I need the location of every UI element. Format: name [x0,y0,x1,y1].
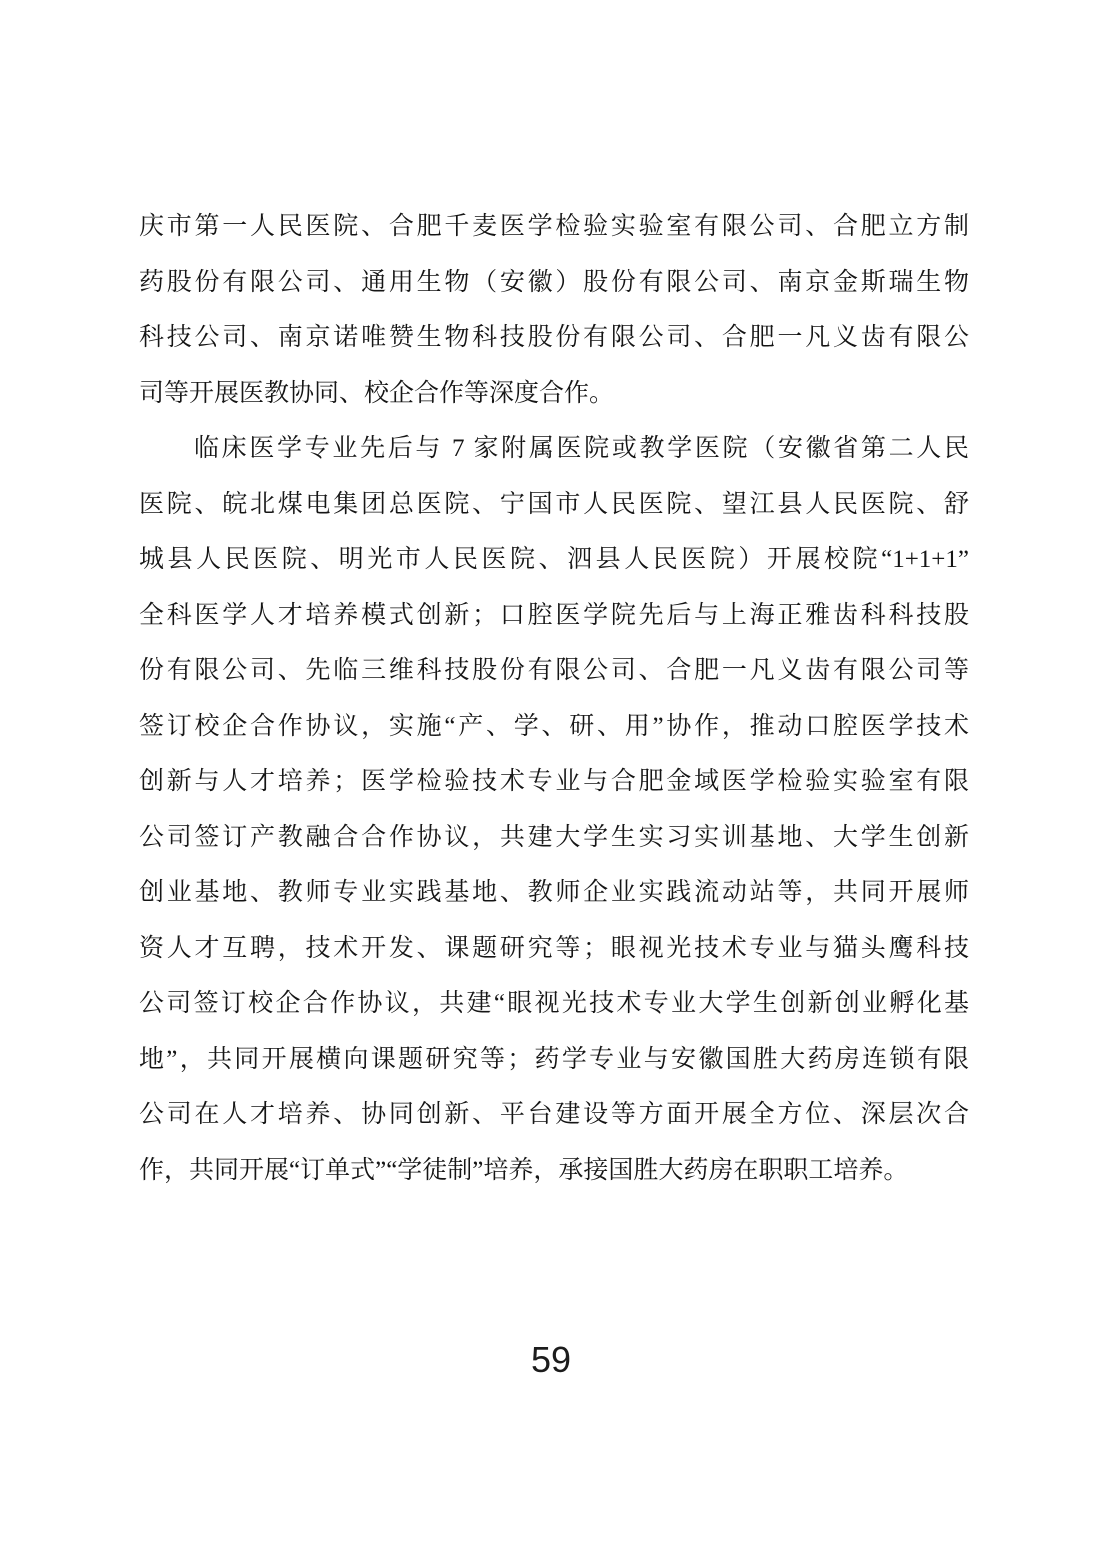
text-line: 创新与人才培养；医学检验技术专业与合肥金域医学检验实验室有限 [139,754,969,810]
text-line: 科技公司、南京诺唯赞生物科技股份有限公司、合肥一凡义齿有限公 [139,310,969,366]
text-line: 公司签订校企合作协议，共建“眼视光技术专业大学生创新创业孵化基 [139,976,969,1032]
paragraph: 庆市第一人民医院、合肥千麦医学检验实验室有限公司、合肥立方制药股份有限公司、通用… [139,199,969,421]
text-line: 城县人民医院、明光市人民医院、泗县人民医院）开展校院“1+1+1” [139,532,969,588]
text-line: 医院、皖北煤电集团总医院、宁国市人民医院、望江县人民医院、舒 [139,477,969,533]
document-page: 庆市第一人民医院、合肥千麦医学检验实验室有限公司、合肥立方制药股份有限公司、通用… [0,0,1102,1559]
text-body: 庆市第一人民医院、合肥千麦医学检验实验室有限公司、合肥立方制药股份有限公司、通用… [139,199,969,1198]
text-line: 全科医学人才培养模式创新；口腔医学院先后与上海正雅齿科科技股 [139,588,969,644]
text-line: 资人才互聘，技术开发、课题研究等；眼视光技术专业与猫头鹰科技 [139,921,969,977]
text-line: 司等开展医教协同、校企合作等深度合作。 [139,366,969,422]
text-line: 作，共同开展“订单式”“学徒制”培养，承接国胜大药房在职职工培养。 [139,1143,969,1199]
text-line: 公司在人才培养、协同创新、平台建设等方面开展全方位、深层次合 [139,1087,969,1143]
text-line: 药股份有限公司、通用生物（安徽）股份有限公司、南京金斯瑞生物 [139,255,969,311]
text-line: 签订校企合作协议，实施“产、学、研、用”协作，推动口腔医学技术 [139,699,969,755]
page-number: 59 [0,1340,1102,1380]
text-line: 公司签订产教融合合作协议，共建大学生实习实训基地、大学生创新 [139,810,969,866]
text-line: 庆市第一人民医院、合肥千麦医学检验实验室有限公司、合肥立方制 [139,199,969,255]
text-line: 创业基地、教师专业实践基地、教师企业实践流动站等，共同开展师 [139,865,969,921]
text-line: 份有限公司、先临三维科技股份有限公司、合肥一凡义齿有限公司等 [139,643,969,699]
paragraph: 临床医学专业先后与 7 家附属医院或教学医院（安徽省第二人民医院、皖北煤电集团总… [139,421,969,1198]
text-line: 地”，共同开展横向课题研究等；药学专业与安徽国胜大药房连锁有限 [139,1032,969,1088]
text-line: 临床医学专业先后与 7 家附属医院或教学医院（安徽省第二人民 [139,421,969,477]
